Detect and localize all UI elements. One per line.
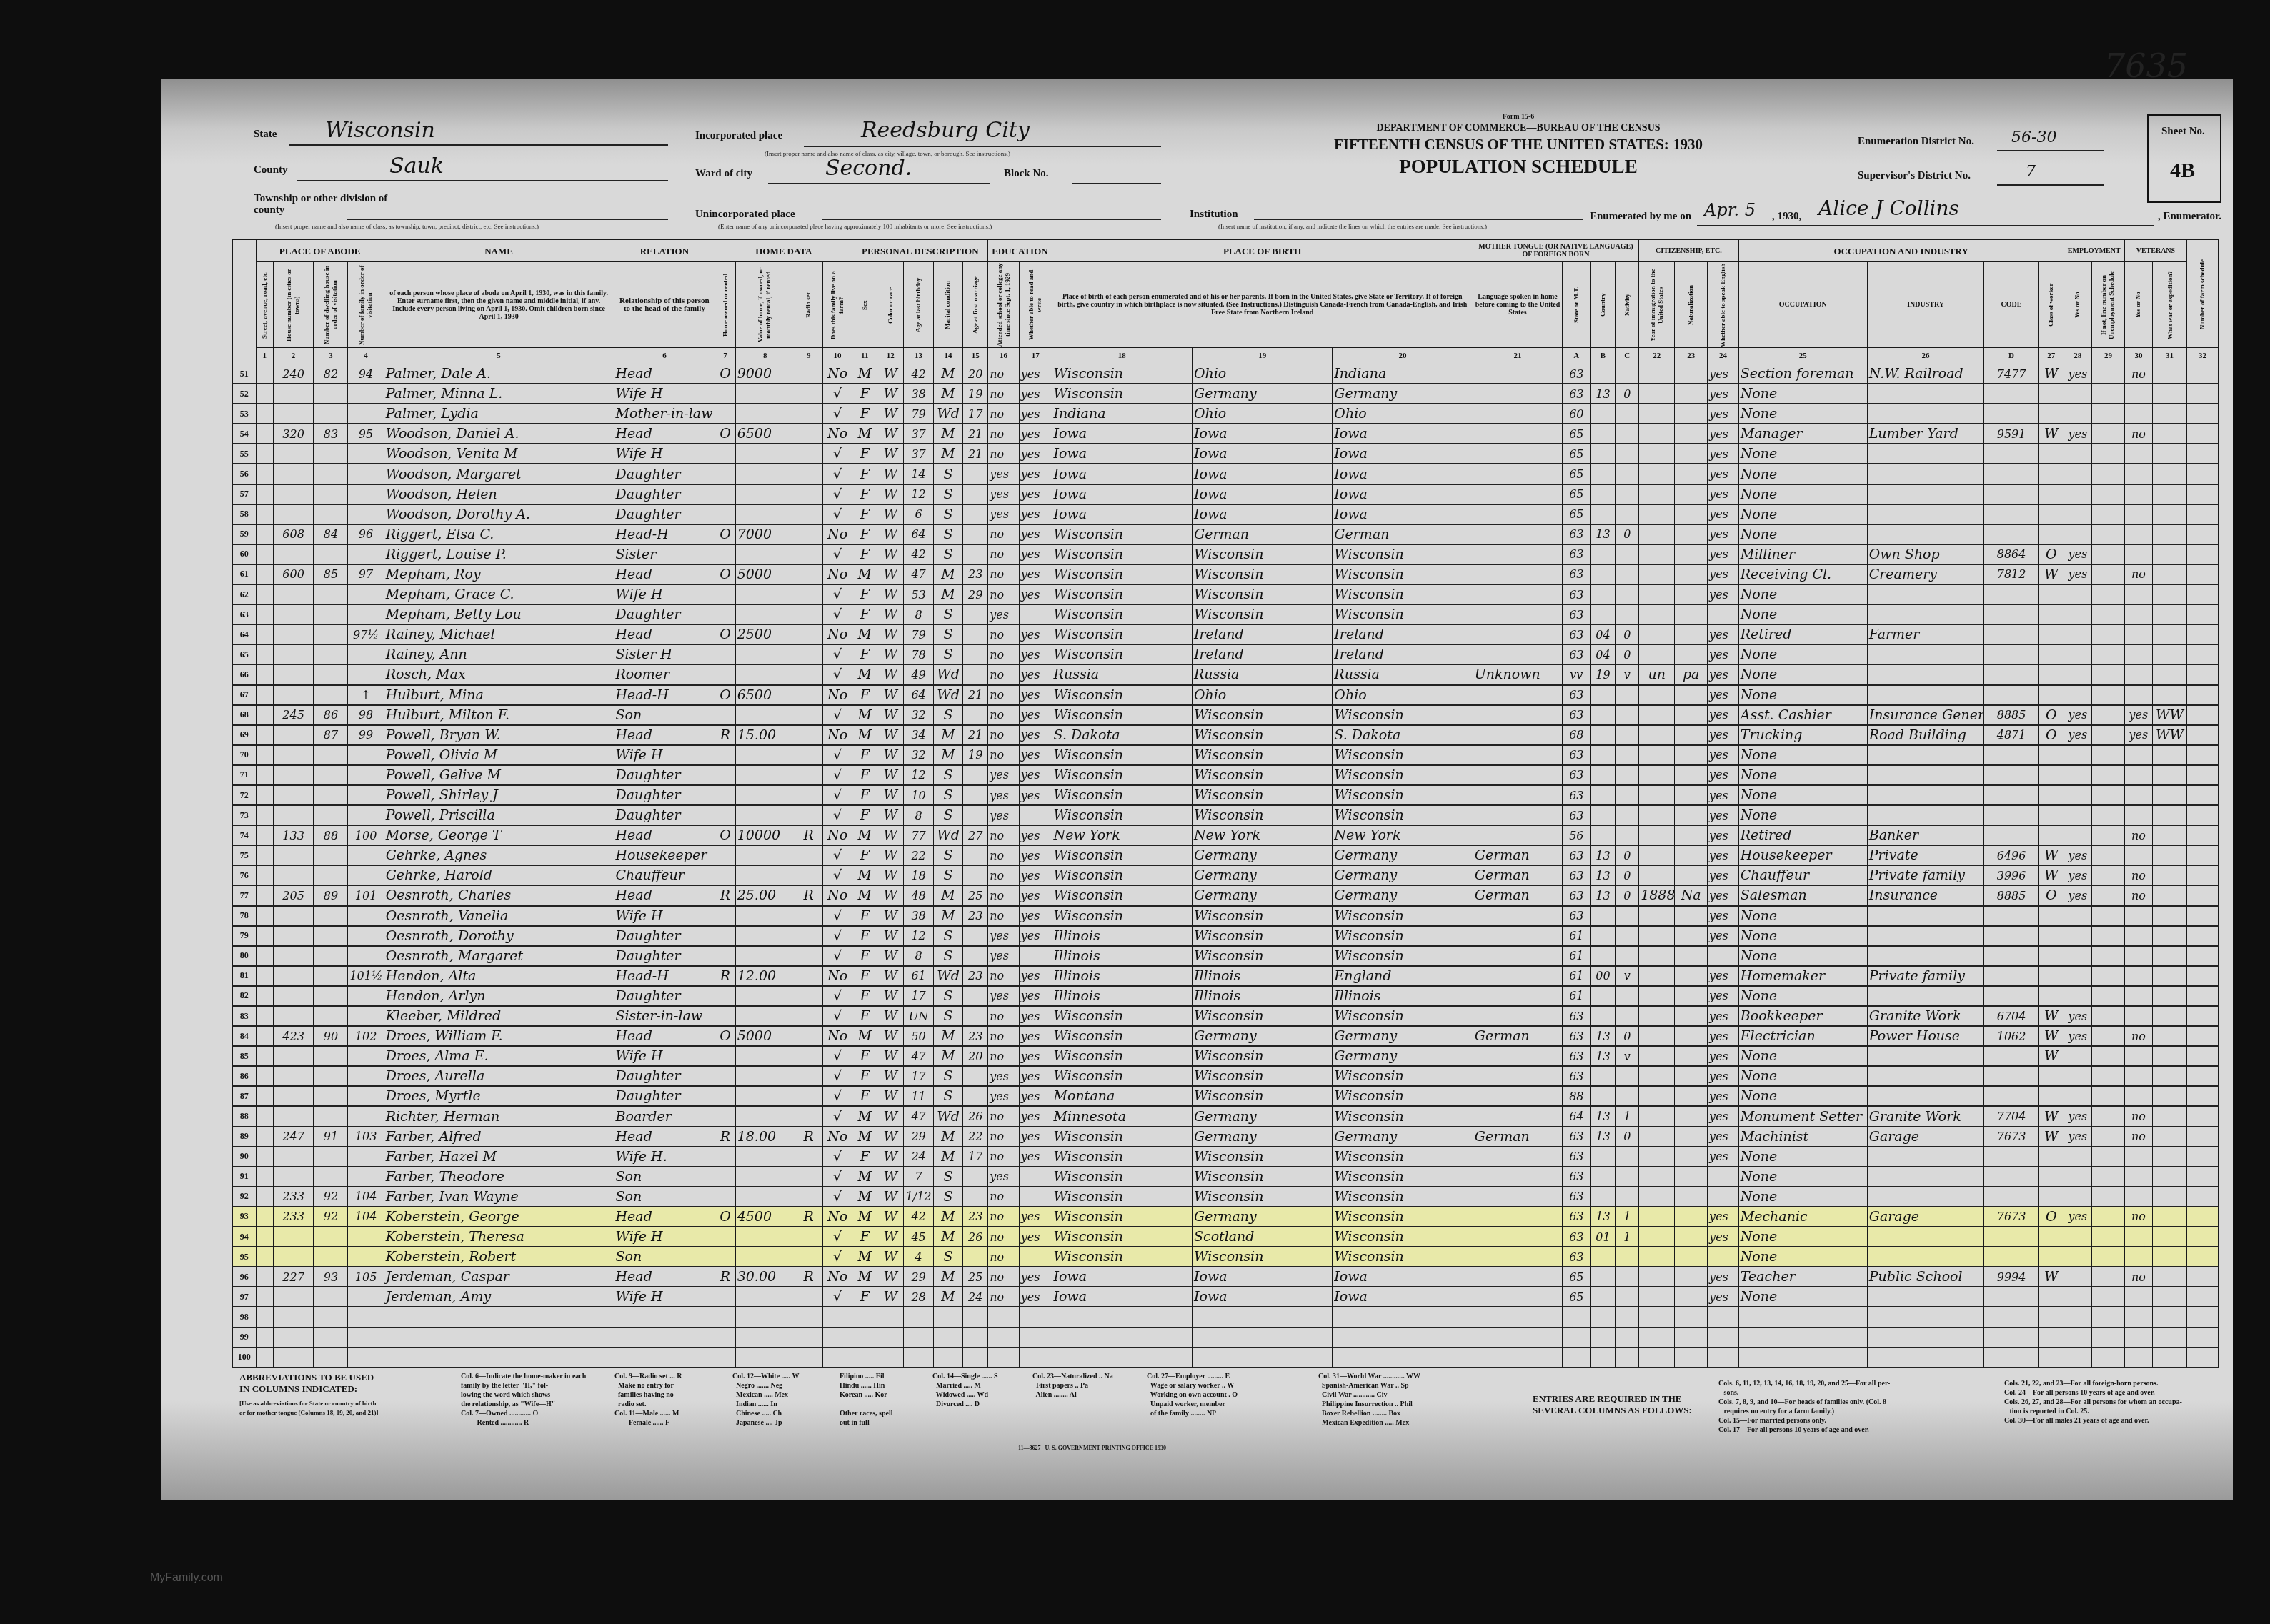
- cell-birth-person: Illinois: [1052, 926, 1192, 946]
- cell-unemp: [2091, 725, 2124, 745]
- cell-race: W: [877, 785, 904, 805]
- cell-owned: [715, 544, 735, 564]
- cell-radio: [795, 1167, 822, 1187]
- cell-sex: F: [852, 745, 877, 765]
- cell-value: [735, 544, 795, 564]
- cell-value: [735, 845, 795, 865]
- cell-family: 104: [348, 1187, 384, 1207]
- table-row: 80Oesnroth, MargaretDaughter√FW8SyesIlli…: [233, 946, 2219, 966]
- cell-race: W: [877, 725, 904, 745]
- col-farm: Does this family live on a farm?: [822, 262, 852, 348]
- cell-line: 98: [233, 1307, 257, 1327]
- column-number: 13: [904, 348, 933, 364]
- cell-dwelling: [314, 906, 348, 926]
- cell-name: Koberstein, Robert: [384, 1247, 614, 1267]
- cell-race: W: [877, 966, 904, 986]
- cell-house: 245: [273, 705, 314, 725]
- enum-district-label: Enumeration District No.: [1858, 136, 1974, 148]
- cell-house: [273, 484, 314, 504]
- cell-tongue: [1473, 464, 1562, 484]
- cell-birth-person: Wisconsin: [1052, 524, 1192, 544]
- cell-birth-father: Germany: [1192, 865, 1332, 885]
- cell-english: yes: [1708, 885, 1739, 905]
- cell-school: no: [988, 1026, 1020, 1046]
- cell-owned: O: [715, 1026, 735, 1046]
- cell-age: 61: [904, 966, 933, 986]
- cell-immig: [1639, 926, 1675, 946]
- cell-sex: M: [852, 705, 877, 725]
- table-row: 70Powell, Olivia MWife H√FW32M19noyesWis…: [233, 745, 2219, 765]
- cell-relation: Sister-in-law: [614, 1006, 715, 1026]
- cell-age-marr: [963, 1006, 988, 1026]
- cell-natur: [1675, 504, 1708, 524]
- cell-code-c: 0: [1616, 644, 1639, 664]
- cell-value: [735, 1046, 795, 1066]
- cell-age: [904, 1307, 933, 1327]
- cell-code-a: 61: [1563, 926, 1591, 946]
- cell-value: [735, 464, 795, 484]
- cell-school: yes: [988, 484, 1020, 504]
- cell-relation: Head: [614, 725, 715, 745]
- cell-immig: [1639, 404, 1675, 424]
- cell-birth-mother: Iowa: [1333, 484, 1473, 504]
- cell-english: yes: [1708, 845, 1739, 865]
- cell-family: [348, 464, 384, 484]
- cell-emp: yes: [2064, 865, 2091, 885]
- cell-read: yes: [1019, 685, 1052, 705]
- cell-farm-sched: [2187, 705, 2219, 725]
- cell-birth-mother: Ohio: [1333, 404, 1473, 424]
- cell-farm-sched: [2187, 524, 2219, 544]
- cell-sex: F: [852, 986, 877, 1006]
- cell-code-d: 8885: [1984, 705, 2038, 725]
- cell-code-c: 0: [1616, 865, 1639, 885]
- cell-name: Morse, George T: [384, 825, 614, 845]
- cell-emp: [2064, 805, 2091, 825]
- cell-name: Woodson, Daniel A.: [384, 424, 614, 444]
- cell-line: 68: [233, 705, 257, 725]
- cell-code-c: [1616, 765, 1639, 785]
- cell-value: 12.00: [735, 966, 795, 986]
- cell-value: [735, 1287, 795, 1307]
- cell-unemp: [2091, 1086, 2124, 1106]
- cell-radio: [795, 444, 822, 464]
- cell-immig: [1639, 544, 1675, 564]
- cell-natur: [1675, 1066, 1708, 1086]
- cell-marital: S: [933, 1167, 962, 1187]
- cell-farm-sched: [2187, 1046, 2219, 1066]
- cell-emp: [2064, 906, 2091, 926]
- cell-value: [735, 865, 795, 885]
- cell-farm: √: [822, 644, 852, 664]
- cell-code-c: [1616, 825, 1639, 845]
- cell-natur: [1675, 1086, 1708, 1106]
- cell-marital: S: [933, 1086, 962, 1106]
- col-home-owned: Home owned or rented: [715, 262, 735, 348]
- cell-race: W: [877, 865, 904, 885]
- cell-race: W: [877, 444, 904, 464]
- cell-code-b: [1591, 604, 1616, 624]
- cell-owned: [715, 1227, 735, 1247]
- cell-relation: Head: [614, 1026, 715, 1046]
- cell-tongue: [1473, 946, 1562, 966]
- cell-emp: [2064, 1187, 2091, 1207]
- cell-value: [735, 1307, 795, 1327]
- cell-farm: √: [822, 1066, 852, 1086]
- cell-value: [735, 384, 795, 404]
- cell-school: no: [988, 404, 1020, 424]
- cell-relation: Head: [614, 1267, 715, 1287]
- cell-class: W: [2038, 364, 2064, 384]
- cell-code-c: [1616, 504, 1639, 524]
- cell-farm: √: [822, 865, 852, 885]
- col-occupation: OCCUPATION: [1738, 262, 1867, 348]
- cell-code-d: [1984, 966, 2038, 986]
- cell-school: no: [988, 384, 1020, 404]
- cell-emp: [2064, 1086, 2091, 1106]
- cell-family: [348, 906, 384, 926]
- cell-birth-mother: Germany: [1333, 1026, 1473, 1046]
- cell-war: [2153, 364, 2187, 384]
- cell-age-marr: 23: [963, 966, 988, 986]
- table-row: 73Powell, PriscillaDaughter√FW8SyesWisco…: [233, 805, 2219, 825]
- cell-value: 2500: [735, 624, 795, 644]
- cell-school: [988, 1327, 1020, 1347]
- cell-house: [273, 444, 314, 464]
- cell-owned: O: [715, 424, 735, 444]
- cell-code-d: [1984, 805, 2038, 825]
- cell-code-a: 56: [1563, 825, 1591, 845]
- cell-school: no: [988, 1207, 1020, 1227]
- cell-read: yes: [1019, 745, 1052, 765]
- cell-birth-mother: Iowa: [1333, 424, 1473, 444]
- cell-natur: [1675, 926, 1708, 946]
- cell-line: 95: [233, 1247, 257, 1267]
- cell-war: [2153, 544, 2187, 564]
- cell-owned: [715, 765, 735, 785]
- cell-immig: [1639, 1287, 1675, 1307]
- cell-birth-person: Wisconsin: [1052, 1046, 1192, 1066]
- cell-radio: [795, 966, 822, 986]
- cell-code-a: 61: [1563, 966, 1591, 986]
- cell-emp: [2064, 1327, 2091, 1347]
- cell-read: yes: [1019, 825, 1052, 845]
- cell-marital: Wd: [933, 1106, 962, 1126]
- cell-vet: no: [2124, 424, 2152, 444]
- cell-vet: [2124, 384, 2152, 404]
- cell-radio: [795, 745, 822, 765]
- cell-street: [256, 624, 273, 644]
- cell-sex: [852, 1327, 877, 1347]
- enumerated-date: Apr. 5: [1704, 200, 1756, 220]
- cell-street: [256, 524, 273, 544]
- cell-farm: √: [822, 544, 852, 564]
- cell-value: [735, 444, 795, 464]
- enumerated-label: Enumerated by me on: [1590, 211, 1691, 223]
- cell-class: W: [2038, 1026, 2064, 1046]
- cell-school: no: [988, 966, 1020, 986]
- cell-age: 79: [904, 624, 933, 644]
- cell-war: [2153, 644, 2187, 664]
- cell-line: 90: [233, 1147, 257, 1167]
- col9-abbrev: Col. 9—Radio set ... R Make no entry for…: [614, 1372, 682, 1428]
- cell-owned: O: [715, 564, 735, 584]
- cell-family: [348, 384, 384, 404]
- cell-sex: M: [852, 664, 877, 684]
- cell-code-b: [1591, 444, 1616, 464]
- cell-school: no: [988, 745, 1020, 765]
- cell-immig: [1639, 946, 1675, 966]
- cell-farm: √: [822, 1106, 852, 1126]
- cell-birth-person: Wisconsin: [1052, 624, 1192, 644]
- cell-immig: [1639, 644, 1675, 664]
- cell-tongue: German: [1473, 1026, 1562, 1046]
- cell-sex: M: [852, 1106, 877, 1126]
- cell-house: [273, 865, 314, 885]
- cell-industry: [1867, 685, 1984, 705]
- cell-code-a: 63: [1563, 845, 1591, 865]
- cell-vet: [2124, 1307, 2152, 1327]
- table-row: 71Powell, Gelive MDaughter√FW12SyesyesWi…: [233, 765, 2219, 785]
- cell-value: [735, 604, 795, 624]
- cell-vet: [2124, 1227, 2152, 1247]
- cell-dwelling: [314, 1167, 348, 1187]
- cell-immig: [1639, 584, 1675, 604]
- cell-birth-mother: Ohio: [1333, 685, 1473, 705]
- cell-race: W: [877, 1066, 904, 1086]
- cell-emp: [2064, 1227, 2091, 1247]
- cell-family: 95: [348, 424, 384, 444]
- cell-owned: [715, 705, 735, 725]
- cell-birth-mother: Wisconsin: [1333, 1227, 1473, 1247]
- col-veteran: Yes or No: [2124, 262, 2152, 348]
- cell-birth-person: Wisconsin: [1052, 1247, 1192, 1267]
- cell-occupation: [1738, 1327, 1867, 1347]
- cell-dwelling: [314, 1147, 348, 1167]
- cell-code-b: [1591, 1187, 1616, 1207]
- col6-abbrev: Col. 6—Indicate the home-maker in each f…: [461, 1372, 586, 1428]
- cell-marital: S: [933, 1187, 962, 1207]
- ward-label: Ward of city: [695, 168, 752, 180]
- cell-war: [2153, 1247, 2187, 1267]
- cell-age-marr: 29: [963, 584, 988, 604]
- col-family-number: Number of family in order of visitation: [348, 262, 384, 348]
- col-code-b: Country: [1591, 262, 1616, 348]
- cell-code-b: [1591, 1006, 1616, 1026]
- cell-age: 79: [904, 404, 933, 424]
- cell-dwelling: [314, 926, 348, 946]
- cell-emp: [2064, 825, 2091, 845]
- cell-dwelling: [314, 604, 348, 624]
- cell-age-marr: 26: [963, 1227, 988, 1247]
- cell-class: W: [2038, 1106, 2064, 1126]
- cell-english: yes: [1708, 384, 1739, 404]
- cell-vet: [2124, 444, 2152, 464]
- table-row: 66Rosch, MaxRoomer√MW49WdnoyesRussiaRuss…: [233, 664, 2219, 684]
- cell-birth-mother: Wisconsin: [1333, 926, 1473, 946]
- cell-code-d: [1984, 1066, 2038, 1086]
- cell-code-c: [1616, 1167, 1639, 1187]
- cell-street: [256, 885, 273, 905]
- cell-relation: Daughter: [614, 604, 715, 624]
- column-number: 28: [2064, 348, 2091, 364]
- cell-industry: [1867, 1247, 1984, 1267]
- cell-birth-mother: [1333, 1327, 1473, 1347]
- cell-occupation: Housekeeper: [1738, 845, 1867, 865]
- cell-code-d: [1984, 464, 2038, 484]
- cell-unemp: [2091, 604, 2124, 624]
- table-row: 57Woodson, HelenDaughter√FW12SyesyesIowa…: [233, 484, 2219, 504]
- cell-birth-person: Wisconsin: [1052, 604, 1192, 624]
- cell-name: Palmer, Lydia: [384, 404, 614, 424]
- cell-house: [273, 805, 314, 825]
- cell-birth-person: Wisconsin: [1052, 845, 1192, 865]
- table-row: 63Mepham, Betty LouDaughter√FW8SyesWisco…: [233, 604, 2219, 624]
- cell-tongue: [1473, 1167, 1562, 1187]
- cell-class: [2038, 926, 2064, 946]
- cell-english: yes: [1708, 1207, 1739, 1227]
- cell-code-d: [1984, 1307, 2038, 1327]
- cell-tongue: [1473, 484, 1562, 504]
- cell-family: [348, 1227, 384, 1247]
- cell-age: 18: [904, 865, 933, 885]
- cell-war: [2153, 1026, 2187, 1046]
- cell-house: [273, 685, 314, 705]
- column-number: 2: [273, 348, 314, 364]
- cell-emp: [2064, 504, 2091, 524]
- cell-birth-mother: Iowa: [1333, 504, 1473, 524]
- cell-vet: [2124, 926, 2152, 946]
- cell-line: 84: [233, 1026, 257, 1046]
- cell-code-a: 63: [1563, 1207, 1591, 1227]
- cell-relation: Wife H: [614, 384, 715, 404]
- cell-marital: S: [933, 865, 962, 885]
- cell-street: [256, 424, 273, 444]
- township-note: (Insert proper name and also name of cla…: [275, 223, 539, 230]
- cell-age: 10: [904, 785, 933, 805]
- table-row: 6497½Rainey, MichaelHeadO2500NoMW79Snoye…: [233, 624, 2219, 644]
- cell-class: [2038, 805, 2064, 825]
- cell-age-marr: 23: [963, 564, 988, 584]
- cell-school: no: [988, 1106, 1020, 1126]
- cell-read: yes: [1019, 564, 1052, 584]
- column-number: 24: [1708, 348, 1739, 364]
- cell-code-d: 8885: [1984, 885, 2038, 905]
- cell-birth-father: Ireland: [1192, 624, 1332, 644]
- cell-line: 80: [233, 946, 257, 966]
- cell-birth-person: Iowa: [1052, 444, 1192, 464]
- cell-school: no: [988, 1247, 1020, 1267]
- table-row: 86Droes, AurellaDaughter√FW17SyesyesWisc…: [233, 1066, 2219, 1086]
- cell-birth-father: Ireland: [1192, 644, 1332, 664]
- cell-industry: [1867, 1187, 1984, 1207]
- cell-birth-person: Wisconsin: [1052, 1127, 1192, 1147]
- cell-immig: [1639, 865, 1675, 885]
- cell-street: [256, 404, 273, 424]
- cell-code-b: [1591, 906, 1616, 926]
- cell-birth-mother: Wisconsin: [1333, 906, 1473, 926]
- cell-radio: [795, 926, 822, 946]
- cell-relation: [614, 1327, 715, 1347]
- cell-code-c: [1616, 484, 1639, 504]
- cell-tongue: [1473, 785, 1562, 805]
- cell-radio: [795, 1046, 822, 1066]
- cell-code-d: [1984, 404, 2038, 424]
- cell-name: Powell, Priscilla: [384, 805, 614, 825]
- cell-race: W: [877, 1106, 904, 1126]
- cell-value: [735, 1106, 795, 1126]
- cell-race: W: [877, 685, 904, 705]
- cell-unemp: [2091, 424, 2124, 444]
- cell-radio: [795, 524, 822, 544]
- cell-birth-person: [1052, 1307, 1192, 1327]
- cell-street: [256, 1066, 273, 1086]
- cell-dwelling: [314, 1006, 348, 1026]
- cell-age: 48: [904, 885, 933, 905]
- cell-birth-mother: S. Dakota: [1333, 725, 1473, 745]
- cell-code-d: 3996: [1984, 865, 2038, 885]
- cell-age-marr: 19: [963, 384, 988, 404]
- cell-birth-person: S. Dakota: [1052, 725, 1192, 745]
- cell-vet: [2124, 1327, 2152, 1347]
- cell-unemp: [2091, 664, 2124, 684]
- cell-code-a: 65: [1563, 424, 1591, 444]
- cell-birth-father: Scotland: [1192, 1227, 1332, 1247]
- cell-street: [256, 1287, 273, 1307]
- cell-tongue: [1473, 705, 1562, 725]
- cell-name: Farber, Ivan Wayne: [384, 1187, 614, 1207]
- cell-vet: [2124, 1147, 2152, 1167]
- cell-marital: S: [933, 785, 962, 805]
- cell-family: [348, 484, 384, 504]
- cell-age: 37: [904, 444, 933, 464]
- cell-code-d: [1984, 906, 2038, 926]
- cell-english: yes: [1708, 805, 1739, 825]
- cell-street: [256, 1046, 273, 1066]
- cell-code-b: [1591, 705, 1616, 725]
- cell-radio: [795, 946, 822, 966]
- cell-natur: [1675, 986, 1708, 1006]
- cell-birth-mother: Wisconsin: [1333, 805, 1473, 825]
- col-age: Age at last birthday: [904, 262, 933, 348]
- table-row: 90Farber, Hazel MWife H.√FW24M17noyesWis…: [233, 1147, 2219, 1167]
- cell-value: [735, 584, 795, 604]
- cell-birth-mother: Iowa: [1333, 1287, 1473, 1307]
- cell-natur: [1675, 484, 1708, 504]
- cell-code-d: [1984, 1287, 2038, 1307]
- cell-vet: yes: [2124, 725, 2152, 745]
- cell-line: 67: [233, 685, 257, 705]
- cell-code-d: 4871: [1984, 725, 2038, 745]
- table-row: 698799Powell, Bryan W.HeadR15.00NoMW34M2…: [233, 725, 2219, 745]
- cell-street: [256, 1167, 273, 1187]
- cell-farm-sched: [2187, 1247, 2219, 1267]
- cell-value: 18.00: [735, 1127, 795, 1147]
- cell-name: Mepham, Roy: [384, 564, 614, 584]
- cell-street: [256, 946, 273, 966]
- cell-emp: [2064, 946, 2091, 966]
- cell-birth-mother: Wisconsin: [1333, 1066, 1473, 1086]
- cell-birth-father: Wisconsin: [1192, 906, 1332, 926]
- cell-value: 6500: [735, 685, 795, 705]
- cell-race: [877, 1307, 904, 1327]
- cell-code-a: 65: [1563, 1267, 1591, 1287]
- printer-mark: 11—8627 U. S. GOVERNMENT PRINTING OFFICE…: [1018, 1443, 1166, 1453]
- cell-immig: [1639, 725, 1675, 745]
- cell-war: [2153, 1207, 2187, 1227]
- cell-occupation: None: [1738, 926, 1867, 946]
- institution-note: (Insert name of institution, if any, and…: [1218, 223, 1487, 230]
